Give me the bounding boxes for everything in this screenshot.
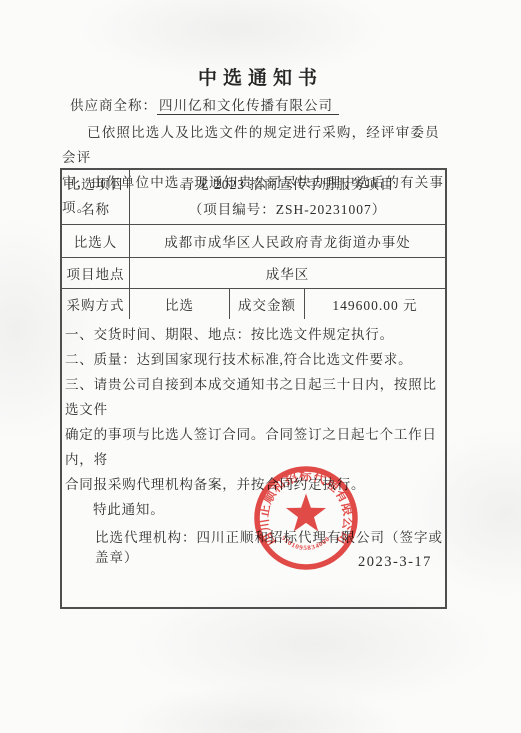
term-1: 一、交货时间、期限、地点：按比选文件规定执行。 (65, 322, 442, 347)
svg-text:5101095834000: 5101095834000 (279, 535, 331, 552)
method-value: 比选 (130, 289, 230, 319)
amount-label: 成交金额 (230, 289, 305, 319)
method-label: 采购方式 (62, 289, 130, 319)
seal-number-text: 5101095834000 (279, 535, 331, 552)
notice-date: 2023-3-17 (358, 554, 432, 571)
notice-table-box: 比选项目 名称 青龙 2023 招商宣传手册服务项目 （项目编号：ZSH-202… (60, 168, 447, 609)
supplier-name: 四川亿和文化传播有限公司 (157, 98, 339, 115)
selector-label: 比选人 (62, 225, 130, 257)
company-seal-stamp: 四川正顺和招标代理有限公司 5101095834000 (248, 460, 364, 576)
project-name-value: 青龙 2023 招商宣传手册服务项目 （项目编号：ZSH-20231007） (130, 170, 445, 224)
amount-value: 149600.00 元 (305, 289, 445, 319)
term-2: 二、质量：达到国家现行技术标准,符合比选文件要求。 (65, 347, 442, 372)
table-row-project: 比选项目 名称 青龙 2023 招商宣传手册服务项目 （项目编号：ZSH-202… (62, 170, 445, 225)
scanned-notice-page: 中选通知书 供应商全称：四川亿和文化传播有限公司 已依照比选人及比选文件的规定进… (0, 0, 521, 733)
supplier-line: 供应商全称：四川亿和文化传播有限公司 (70, 94, 339, 114)
selector-value: 成都市成华区人民政府青龙街道办事处 (130, 225, 445, 257)
page-title: 中选通知书 (0, 63, 521, 90)
location-value: 成华区 (130, 258, 445, 288)
project-name-label: 比选项目 名称 (62, 170, 130, 224)
intro-line-1: 已依照比选人及比选文件的规定进行采购，经评审委员会评 (62, 120, 449, 170)
seal-star-icon (286, 494, 326, 532)
term-3: 三、请贵公司自接到本成交通知书之日起三十日内，按照比选文件 (65, 372, 442, 422)
table-row-location: 项目地点 成华区 (62, 258, 445, 289)
supplier-label: 供应商全称： (70, 98, 157, 113)
table-row-method-amount: 采购方式 比选 成交金额 149600.00 元 (62, 289, 445, 319)
location-label: 项目地点 (62, 258, 130, 288)
table-row-selector: 比选人 成都市成华区人民政府青龙街道办事处 (62, 225, 445, 258)
